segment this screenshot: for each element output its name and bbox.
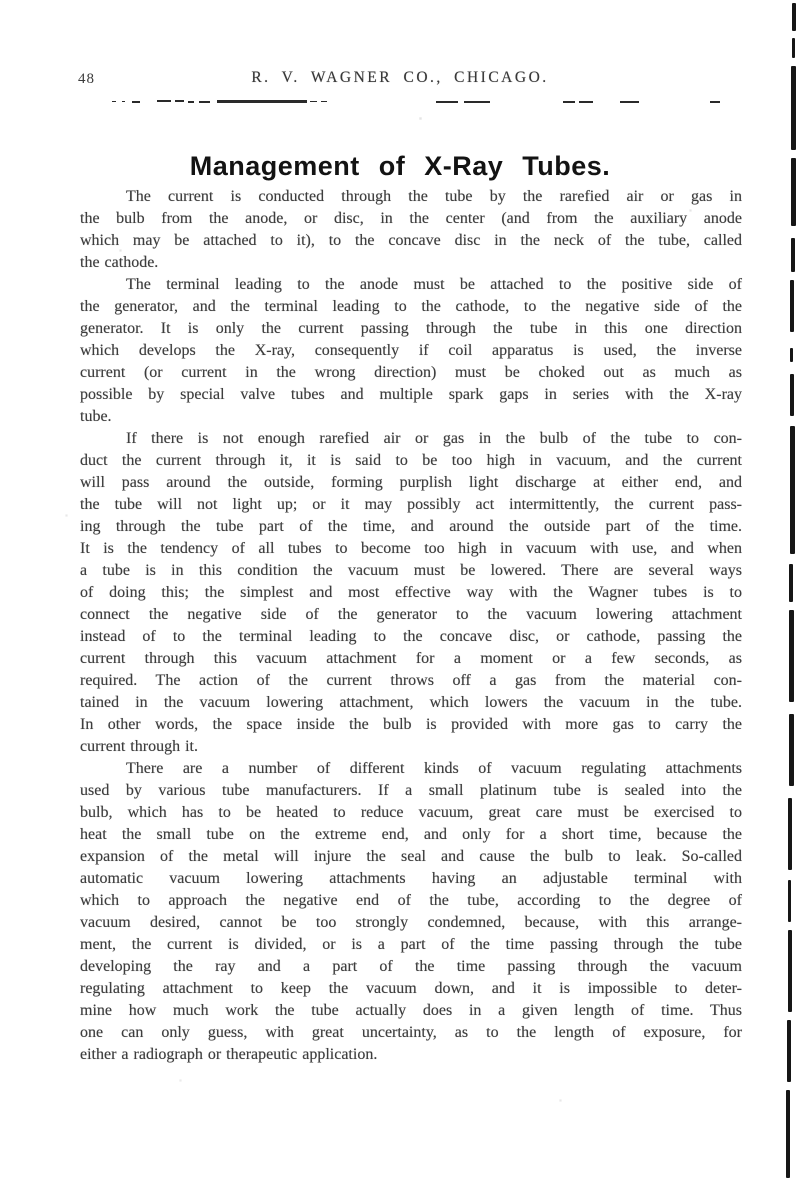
text-line: which to approach the negative end of th… [80, 890, 742, 912]
text-line: ment, the current is divided, or is a pa… [80, 934, 742, 956]
text-line: possible by special valve tubes and mult… [80, 384, 742, 406]
text-line: In other words, the space inside the bul… [80, 714, 742, 736]
text-line: automatic vacuum lowering attachments ha… [80, 868, 742, 890]
text-line: a tube is in this condition the vacuum m… [80, 560, 742, 582]
text-line: expansion of the metal will injure the s… [80, 846, 742, 868]
scanned-page: 48 R. V. WAGNER CO., CHICAGO. Management… [0, 0, 800, 1178]
text-line: current through this vacuum attachment f… [80, 648, 742, 670]
text-line: used by various tube manufacturers. If a… [80, 780, 742, 802]
text-line: will pass around the outside, forming pu… [80, 472, 742, 494]
text-line: which may be attached to it), to the con… [80, 230, 742, 252]
text-line: the bulb from the anode, or disc, in the… [80, 208, 742, 230]
text-line: current through it. [80, 736, 742, 758]
text-line: vacuum desired, cannot be too strongly c… [80, 912, 742, 934]
text-line: connect the negative side of the generat… [80, 604, 742, 626]
text-line: instead of to the terminal leading to th… [80, 626, 742, 648]
text-line: the tube will not light up; or it may po… [80, 494, 742, 516]
text-line: developing the ray and a part of the tim… [80, 956, 742, 978]
text-line: which develops the X-ray, consequently i… [80, 340, 742, 362]
text-line: the cathode. [80, 252, 742, 274]
scan-noise [0, 0, 1, 1]
text-line: tube. [80, 406, 742, 428]
text-line: ing through the tube part of the time, a… [80, 516, 742, 538]
text-line: required. The action of the current thro… [80, 670, 742, 692]
text-line: mine how much work the tube actually doe… [80, 1000, 742, 1022]
text-line: duct the current through it, it is said … [80, 450, 742, 472]
paragraph: The terminal leading to the anode must b… [80, 274, 742, 428]
text-line: the generator, and the terminal leading … [80, 296, 742, 318]
paragraph: If there is not enough rarefied air or g… [80, 428, 742, 758]
text-line: generator. It is only the current passin… [80, 318, 742, 340]
text-line: There are a number of different kinds of… [80, 758, 742, 780]
text-line: heat the small tube on the extreme end, … [80, 824, 742, 846]
text-line: regulating attachment to keep the vacuum… [80, 978, 742, 1000]
text-line: current (or current in the wrong directi… [80, 362, 742, 384]
paragraph: There are a number of different kinds of… [80, 758, 742, 1066]
text-line: bulb, which has to be heated to reduce v… [80, 802, 742, 824]
text-line: either a radiograph or therapeutic appli… [80, 1044, 742, 1066]
text-line: The current is conducted through the tub… [80, 186, 742, 208]
text-line: It is the tendency of all tubes to becom… [80, 538, 742, 560]
text-line: tained in the vacuum lowering attachment… [80, 692, 742, 714]
text-line: If there is not enough rarefied air or g… [80, 428, 742, 450]
text-line: of doing this; the simplest and most eff… [80, 582, 742, 604]
body-text: The current is conducted through the tub… [80, 186, 742, 1066]
running-header: R. V. WAGNER CO., CHICAGO. [0, 69, 800, 87]
text-line: one can only guess, with great uncertain… [80, 1022, 742, 1044]
text-line: The terminal leading to the anode must b… [80, 274, 742, 296]
page-title: Management of X-Ray Tubes. [0, 151, 800, 182]
paragraph: The current is conducted through the tub… [80, 186, 742, 274]
